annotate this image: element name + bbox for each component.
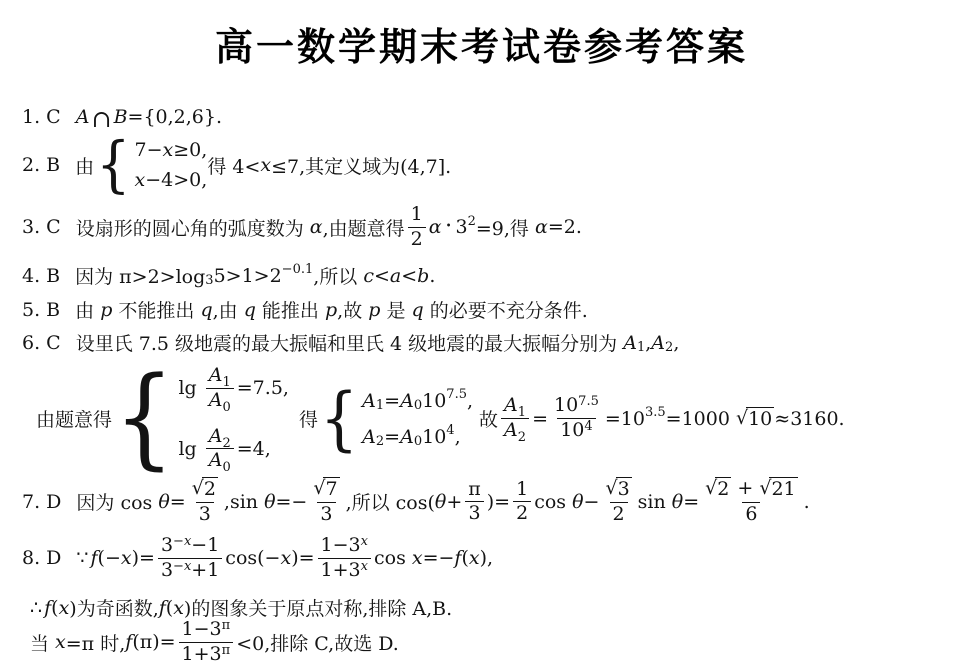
- text-run: sin: [638, 491, 672, 513]
- text-run: =2.: [548, 216, 582, 238]
- subscript: 2: [665, 341, 673, 354]
- fraction-numerator: A1: [206, 364, 234, 388]
- math-variable: A: [209, 389, 223, 411]
- math-variable: A: [209, 425, 223, 447]
- subscript: 0: [222, 400, 230, 415]
- math-variable: x: [163, 139, 174, 161]
- text-run: <0,排除 C,故选 D.: [236, 629, 399, 656]
- text-run: 1−3: [321, 534, 361, 556]
- text-run: 1−3: [182, 618, 222, 640]
- fraction-denominator: 1+3x: [318, 558, 371, 583]
- math-variable: p: [325, 299, 337, 321]
- math-variable: θ: [672, 491, 683, 513]
- question-number: 7. D: [22, 491, 61, 513]
- superscript: −x: [173, 559, 191, 574]
- text-run: =−: [423, 547, 455, 569]
- text-run: ,: [673, 332, 679, 354]
- subscript: 2: [222, 436, 230, 451]
- math-variable: θ: [264, 491, 275, 513]
- text-run: 因为 cos: [76, 488, 158, 515]
- text-run: ={0,2,6}.: [128, 106, 222, 128]
- answer-line-8: 8. D ∵ f (− x )= 3−x−1 3−x+1 cos(− x )= …: [22, 534, 493, 583]
- fraction-numerator: A1: [501, 394, 529, 418]
- text-run: ,所以: [313, 262, 363, 289]
- question-number: 4. B: [22, 265, 60, 287]
- math-variable: f: [44, 597, 51, 619]
- math-variable: x: [135, 169, 146, 191]
- text-run: =: [683, 491, 699, 513]
- radical: √2: [192, 477, 218, 502]
- math-variable: θ: [572, 491, 583, 513]
- fraction: √7 3: [310, 477, 342, 527]
- brace-glyph: {: [96, 135, 130, 195]
- fraction-denominator: 2: [408, 227, 426, 252]
- text-run: 由: [75, 296, 100, 323]
- brace-left-icon: {: [96, 138, 130, 192]
- text-run: −: [584, 491, 600, 513]
- text-run: 3: [161, 534, 173, 556]
- brace-left-icon: {: [114, 371, 174, 466]
- fraction: 1 2: [513, 478, 531, 527]
- document-page: 高一数学期末考试卷参考答案 1. C A ∩ B ={0,2,6}. 2. B …: [0, 0, 963, 672]
- fraction: √2 3: [189, 477, 221, 527]
- answer-line-1: 1. C A ∩ B ={0,2,6}.: [22, 103, 222, 131]
- math-variable: b: [417, 265, 429, 287]
- subscript: 2: [376, 435, 384, 448]
- fraction-numerator: √7: [310, 477, 342, 502]
- fraction: A2 A0: [206, 425, 234, 474]
- text-run: lg: [178, 438, 202, 460]
- math-variable: x: [280, 547, 291, 569]
- text-run: .: [429, 265, 435, 287]
- text-run: 设里氏 7.5 级地震的最大振幅和里氏 4 级地震的最大振幅分别为: [76, 329, 624, 356]
- text-run: ,故: [337, 296, 368, 323]
- page-title: 高一数学期末考试卷参考答案: [0, 16, 963, 71]
- answer-line-4: 4. B 因为 π>2>log 3 5>1>2 −0.1 ,所以 c < a <…: [22, 262, 435, 289]
- text-run: ,sin: [224, 491, 264, 513]
- radicand: 2: [202, 477, 218, 502]
- math-variable: f: [91, 547, 98, 569]
- text-run: cos: [534, 491, 572, 513]
- superscript: x: [361, 559, 368, 574]
- text-run: ),: [480, 547, 493, 569]
- text-run: =: [384, 426, 400, 448]
- fraction-denominator: 2: [513, 501, 531, 526]
- text-run: ,所以 cos(: [346, 488, 435, 515]
- fraction-numerator: 1−3π: [179, 618, 234, 642]
- fraction: 107.5 104: [551, 394, 602, 443]
- text-run: 是: [380, 296, 411, 323]
- fraction-denominator: A0: [206, 448, 234, 473]
- answer-line-8-conclusion: ∴ f ( x )为奇函数, f ( x )的图象关于原点对称,排除 A,B.: [30, 594, 452, 621]
- text-run: <: [401, 265, 417, 287]
- system-row: x −4>0,: [135, 169, 208, 191]
- text-run: =−: [276, 491, 308, 513]
- subscript: 1: [637, 341, 645, 354]
- text-run: )为奇函数,: [69, 594, 158, 621]
- answer-line-6-derivation: 由题意得 { lg A1 A0 =7.5, lg A2 A0 =4, 得 {: [36, 364, 845, 473]
- system-row: lg A1 A0 =7.5,: [178, 364, 288, 413]
- answer-line-6: 6. C 设里氏 7.5 级地震的最大振幅和里氏 4 级地震的最大振幅分别为 A…: [22, 329, 679, 356]
- text-run: <: [374, 265, 390, 287]
- math-variable: q: [200, 299, 212, 321]
- math-variable: A: [76, 106, 90, 128]
- radical: √ 10: [736, 407, 774, 430]
- fraction: 1 2: [408, 203, 426, 252]
- math-variable: f: [454, 547, 461, 569]
- question-number: 6. C: [22, 332, 61, 354]
- brace-glyph: {: [114, 364, 174, 473]
- math-variable: x: [173, 597, 184, 619]
- fraction-numerator: 1−3x: [318, 534, 371, 558]
- question-number: 2. B: [22, 154, 60, 176]
- fraction-denominator: 3: [196, 502, 214, 527]
- math-variable: a: [390, 265, 401, 287]
- answer-line-7: 7. D 因为 cos θ = √2 3 ,sin θ =− √7 3 ,所以 …: [22, 477, 810, 527]
- fraction-denominator: 2: [610, 502, 628, 527]
- superscript: −x: [173, 534, 191, 549]
- equation-system: lg A1 A0 =7.5, lg A2 A0 =4,: [178, 364, 288, 473]
- math-variable: f: [159, 597, 166, 619]
- math-variable: x: [55, 631, 66, 653]
- therefore-icon: ∴: [30, 597, 42, 619]
- radicand: 21: [769, 477, 797, 502]
- text-run: 1+3: [321, 559, 361, 581]
- superscript: 4: [584, 419, 592, 434]
- text-run: 10: [422, 426, 446, 448]
- text-run: +: [731, 477, 759, 499]
- text-run: 5>1>2: [214, 265, 282, 287]
- math-variable: A: [362, 390, 376, 412]
- text-run: 3: [161, 559, 173, 581]
- subscript: 2: [518, 430, 526, 445]
- text-run: )=: [291, 547, 314, 569]
- fraction-numerator: 3−x−1: [158, 534, 222, 558]
- math-variable: θ: [158, 491, 169, 513]
- fraction: √3 2: [602, 477, 634, 527]
- radical: √2: [705, 477, 731, 502]
- subscript: 0: [222, 460, 230, 475]
- text-run: =: [170, 491, 186, 513]
- subscript: 0: [414, 399, 422, 412]
- text-run: .: [804, 491, 810, 513]
- subscript: 1: [518, 405, 526, 420]
- text-run: =: [532, 408, 548, 430]
- math-variable: A: [209, 449, 223, 471]
- text-run: 能推出: [256, 296, 325, 323]
- text-run: 1+3: [182, 643, 222, 665]
- math-variable: x: [469, 547, 480, 569]
- equation-system: A 1 = A 0 10 7.5 , A 2 = A 0 10 4 ,: [362, 390, 473, 448]
- math-variable: A: [623, 332, 637, 354]
- fraction: 3−x−1 3−x+1: [158, 534, 222, 583]
- text-run: 设扇形的圆心角的弧度数为: [76, 214, 310, 241]
- system-row: A 2 = A 0 10 4 ,: [362, 426, 460, 448]
- answer-line-8-final: 当 x =π 时, f (π)= 1−3π 1+3π <0,排除 C,故选 D.: [30, 618, 399, 667]
- brace-left-icon: {: [320, 389, 358, 449]
- fraction-denominator: A0: [206, 388, 234, 413]
- subscript: 1: [222, 375, 230, 390]
- math-variable: x: [260, 154, 271, 176]
- text-run: 得: [299, 405, 318, 432]
- fraction-numerator: A2: [206, 425, 234, 449]
- superscript: π: [222, 643, 231, 658]
- superscript: 2: [468, 215, 476, 228]
- equation-system: 7− x ≥0, x −4>0,: [135, 139, 208, 191]
- system-row: lg A2 A0 =4,: [178, 425, 270, 474]
- answer-line-5: 5. B 由 p 不能推出 q ,由 q 能推出 p ,故 p 是 q 的必要不…: [22, 296, 588, 323]
- fraction-denominator: 104: [557, 418, 595, 443]
- fraction: π 3: [465, 478, 484, 527]
- text-run: =π 时,: [66, 629, 126, 656]
- radicand: 2: [715, 477, 731, 502]
- fraction-numerator: π: [465, 478, 484, 502]
- fraction-numerator: √2 + √21: [702, 477, 801, 502]
- math-variable: p: [100, 299, 112, 321]
- fraction-denominator: 3: [317, 502, 335, 527]
- text-run: 的必要不充分条件.: [424, 296, 588, 323]
- math-variable: A: [504, 394, 518, 416]
- fraction-numerator: 1: [408, 203, 426, 227]
- text-run: 故: [479, 405, 498, 432]
- system-row: 7− x ≥0,: [135, 139, 208, 161]
- subscript: 3: [205, 274, 213, 287]
- radicand: 10: [746, 407, 774, 430]
- fraction: A1 A0: [206, 364, 234, 413]
- text-run: +1: [191, 559, 219, 581]
- multiplication-dot-icon: •: [446, 221, 452, 232]
- text-run: ,由: [213, 296, 244, 323]
- fraction-denominator: 3−x+1: [158, 558, 222, 583]
- math-variable: A: [400, 426, 414, 448]
- superscript: 7.5: [446, 388, 467, 401]
- text-run: ≈3160.: [774, 408, 844, 430]
- text-run: =7.5,: [237, 377, 289, 399]
- text-run: 7−: [135, 139, 163, 161]
- fraction-numerator: 1: [513, 478, 531, 502]
- fraction-denominator: 3: [465, 501, 483, 526]
- text-run: 得 4<: [207, 152, 260, 179]
- text-run: 不能推出: [112, 296, 200, 323]
- text-run: 由题意得: [36, 405, 112, 432]
- math-variable: q: [412, 299, 424, 321]
- text-run: (−: [98, 547, 121, 569]
- text-run: 3: [456, 216, 468, 238]
- math-variable: α: [310, 216, 323, 238]
- fraction-numerator: √3: [602, 477, 634, 502]
- math-variable: θ: [435, 491, 446, 513]
- superscript: −0.1: [282, 263, 314, 276]
- math-variable: A: [504, 419, 518, 441]
- text-run: cos: [374, 547, 412, 569]
- superscript: 4: [446, 424, 454, 437]
- math-variable: f: [125, 631, 132, 653]
- text-run: )=: [487, 491, 510, 513]
- text-run: ,: [467, 390, 473, 412]
- answer-line-2: 2. B 由 { 7− x ≥0, x −4>0, 得 4< x ≤7,其定义域…: [22, 138, 451, 192]
- radical: √21: [759, 477, 797, 502]
- brace-glyph: {: [320, 384, 358, 453]
- fraction: √2 + √21 6: [702, 477, 801, 527]
- text-run: )的图象关于原点对称,排除 A,B.: [184, 594, 452, 621]
- fraction-denominator: 6: [742, 502, 760, 527]
- fraction-denominator: 1+3π: [179, 642, 234, 667]
- text-run: 10: [560, 419, 584, 441]
- superscript: π: [222, 618, 231, 633]
- text-run: =10: [605, 408, 645, 430]
- fraction-numerator: 107.5: [551, 394, 602, 418]
- math-variable: q: [244, 299, 256, 321]
- text-run: (: [461, 547, 468, 569]
- question-number: 8. D: [22, 547, 61, 569]
- text-run: =4,: [237, 438, 271, 460]
- superscript: 3.5: [645, 406, 666, 419]
- text-run: 10: [422, 390, 446, 412]
- radical: √7: [313, 477, 339, 502]
- text-run: (π)=: [132, 631, 175, 653]
- math-variable: A: [362, 426, 376, 448]
- question-number: 3. C: [22, 216, 61, 238]
- math-variable: x: [412, 547, 423, 569]
- text-run: +: [446, 491, 462, 513]
- math-variable: A: [651, 332, 665, 354]
- text-run: (: [166, 597, 173, 619]
- fraction-numerator: √2: [189, 477, 221, 502]
- text-run: lg: [178, 377, 202, 399]
- text-run: 因为 π>2>log: [75, 262, 205, 289]
- text-run: (: [51, 597, 58, 619]
- fraction-denominator: A2: [501, 418, 529, 443]
- answer-line-3: 3. C 设扇形的圆心角的弧度数为 α ,由题意得 1 2 α • 3 2 =9…: [22, 203, 582, 252]
- text-run: 当: [30, 629, 55, 656]
- math-variable: α: [535, 216, 548, 238]
- superscript: 7.5: [578, 394, 599, 409]
- because-icon: ∵: [76, 547, 88, 569]
- question-number: 1. C: [22, 106, 61, 128]
- radicand: 7: [323, 477, 339, 502]
- radical: √3: [605, 477, 631, 502]
- text-run: ≥0,: [173, 139, 207, 161]
- math-variable: c: [363, 265, 374, 287]
- text-run: =: [384, 390, 400, 412]
- text-run: 由: [75, 152, 94, 179]
- text-run: =9,得: [476, 214, 535, 241]
- text-run: ,: [455, 426, 461, 448]
- question-number: 5. B: [22, 299, 60, 321]
- text-run: −1: [191, 534, 219, 556]
- text-run: cos(−: [225, 547, 280, 569]
- math-variable: A: [400, 390, 414, 412]
- text-run: )=: [132, 547, 155, 569]
- math-variable: p: [368, 299, 380, 321]
- fraction: 1−3x 1+3x: [318, 534, 371, 583]
- math-variable: x: [121, 547, 132, 569]
- fraction: A1 A2: [501, 394, 529, 443]
- math-variable: B: [114, 106, 128, 128]
- superscript: x: [361, 534, 368, 549]
- text-run: ,由题意得: [323, 214, 405, 241]
- math-variable: x: [59, 597, 70, 619]
- system-row: A 1 = A 0 10 7.5 ,: [362, 390, 473, 412]
- text-run: ≤7,其定义域为(4,7].: [271, 152, 451, 179]
- math-variable: A: [209, 364, 223, 386]
- subscript: 0: [414, 435, 422, 448]
- text-run: =1000: [666, 408, 736, 430]
- text-run: 10: [554, 394, 578, 416]
- text-run: −4>0,: [145, 169, 207, 191]
- radicand: 3: [616, 477, 632, 502]
- subscript: 1: [376, 399, 384, 412]
- math-variable: α: [429, 216, 442, 238]
- fraction: 1−3π 1+3π: [179, 618, 234, 667]
